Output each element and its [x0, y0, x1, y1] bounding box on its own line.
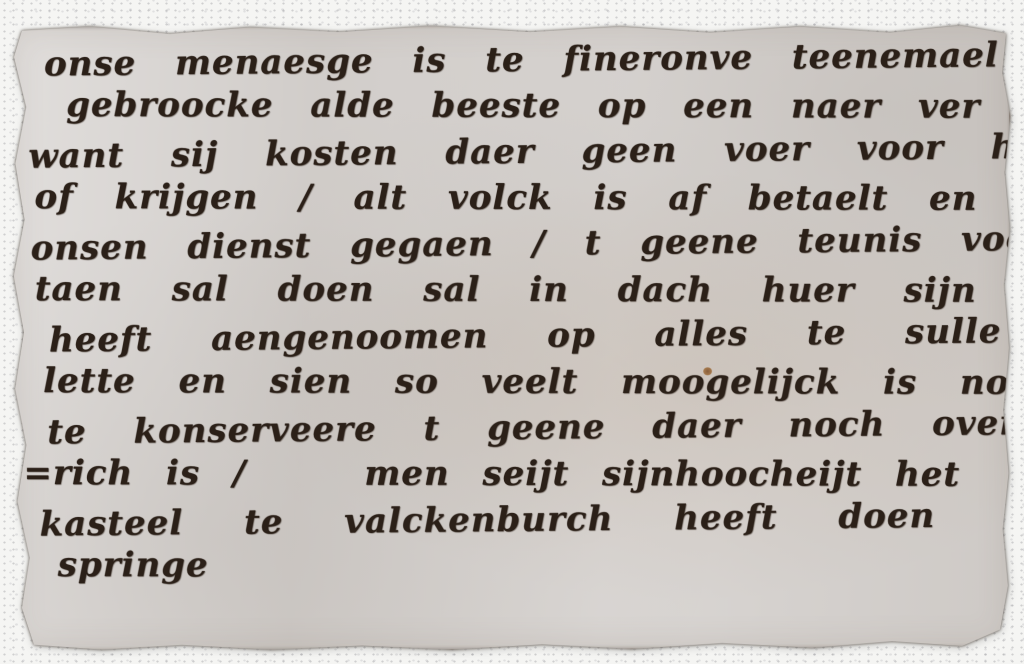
handwriting-text-segment: want sij kosten daer geen voer voor houd…: [28, 126, 1012, 176]
handwriting-line: lette en sien so veelt moogelijck is noc…: [43, 358, 1001, 406]
handwriting-line: onsen dienst gegaen / t geene teunis voo…: [30, 216, 1000, 271]
handwriting-line: =rich is /men seijt sijnhoocheijt het: [23, 450, 1001, 498]
handwriting-line: te konserveere t geene daer noch over: [47, 400, 1001, 455]
handwriting-line: of krijgen / alt volck is af betaelt en …: [34, 174, 1000, 222]
handwriting-line: want sij kosten daer geen voer voor houd…: [28, 124, 1000, 179]
handwriting-text-segment: gebroocke alde beeste op een naer ver ko…: [66, 85, 1012, 127]
handwriting-text-segment: heeft aengenoomen op alles te sulle: [49, 311, 1002, 360]
handwriting-line: taen sal doen sal in dach huer sijn hij: [35, 266, 1001, 314]
handwriting-text-segment: taen sal doen sal in dach huer sijn hij: [35, 269, 1012, 311]
manuscript-paper: onse menaesge is te fineronve teenemael …: [10, 22, 1012, 651]
handwriting-text-segment: te konserveere t geene daer noch over: [47, 403, 1012, 452]
handwriting-line: springe: [58, 542, 1002, 590]
scan-background: onse menaesge is te fineronve teenemael …: [0, 0, 1024, 664]
handwriting-text-segment: lette en sien so veelt moogelijck is noc…: [43, 361, 1012, 403]
handwriting-line: gebroocke alde beeste op een naer ver ko…: [66, 82, 1000, 130]
handwriting-line: onse menaesge is te fineronve teenemael …: [44, 32, 1000, 87]
handwriting-line: kasteel te valckenburch heeft doen: [39, 492, 1001, 547]
handwritten-text-block: onse menaesge is te fineronve teenemael …: [10, 22, 1012, 590]
handwriting-text-segment: onsen dienst gegaen / t geene teunis voo…: [31, 219, 1013, 269]
handwriting-text-segment: onse menaesge is te fineronve teenemael …: [44, 35, 1012, 85]
handwriting-line: heeft aengenoomen op alles te sulle: [49, 308, 1001, 363]
paper-surface: onse menaesge is te fineronve teenemael …: [10, 22, 1012, 651]
handwriting-text-segment: =rich is /: [23, 453, 246, 493]
handwriting-text-segment: kasteel te valckenburch heeft doen: [39, 496, 935, 545]
handwriting-text-segment: springe: [58, 545, 209, 585]
handwriting-text-segment: men seijt sijnhoocheijt het: [364, 454, 960, 495]
handwriting-text-segment: of krijgen / alt volck is af betaelt en …: [34, 177, 1012, 219]
